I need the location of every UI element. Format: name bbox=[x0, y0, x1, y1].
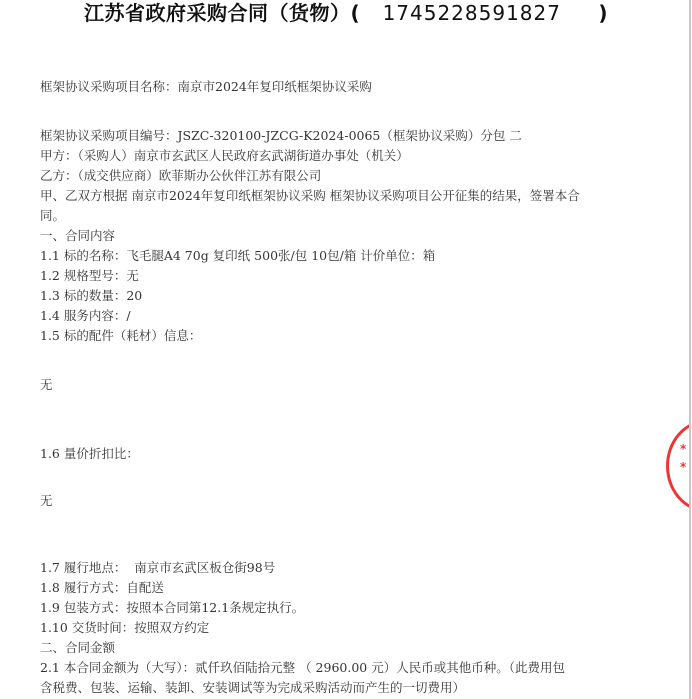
seal-text: * * bbox=[680, 440, 689, 476]
stamp-clip-region: * * bbox=[0, 0, 689, 699]
seal-char: * bbox=[680, 440, 689, 458]
page-edge-border bbox=[689, 0, 691, 699]
seal-char: * bbox=[680, 458, 689, 476]
